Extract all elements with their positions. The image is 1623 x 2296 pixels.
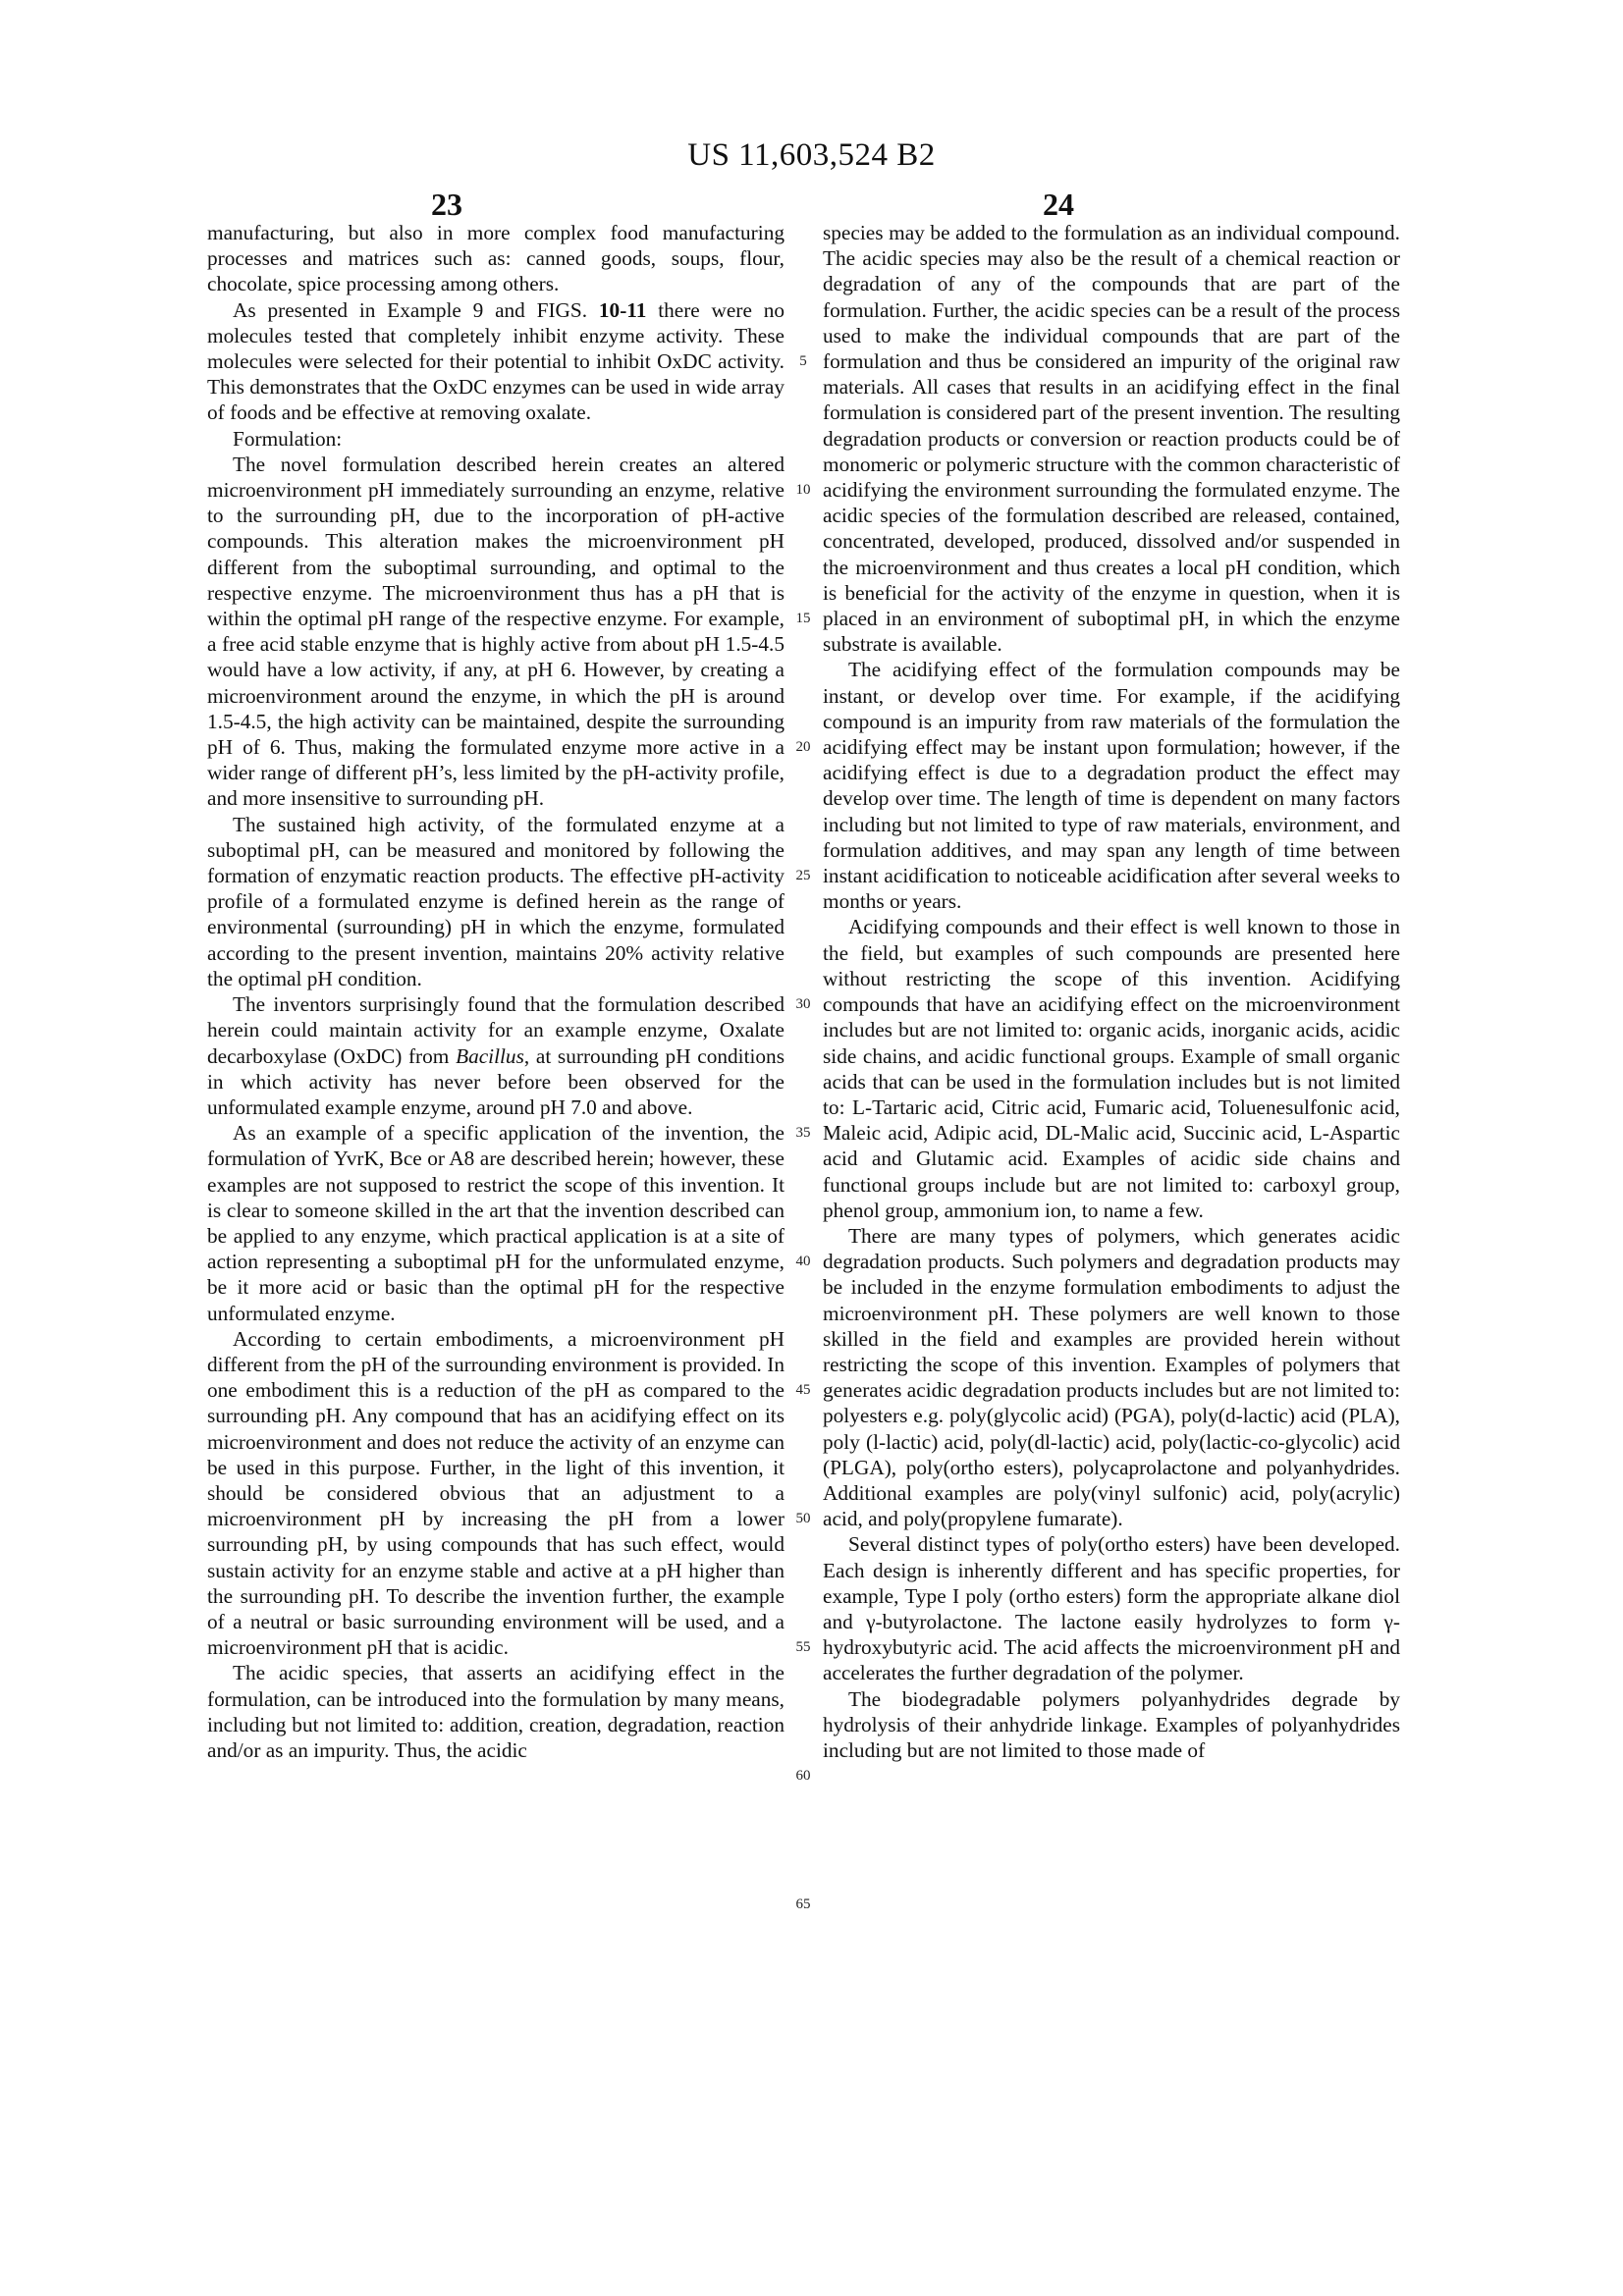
paragraph: As presented in Example 9 and FIGS. 10-1… xyxy=(207,297,784,426)
line-number: 30 xyxy=(785,991,821,1017)
line-number: 65 xyxy=(785,1892,821,1917)
column-number-left: 23 xyxy=(388,187,506,223)
line-number: 45 xyxy=(785,1377,821,1403)
right-text-column: species may be added to the formulation … xyxy=(823,220,1400,1763)
line-number: 5 xyxy=(785,348,821,374)
paragraph: The acidic species, that asserts an acid… xyxy=(207,1660,784,1763)
paragraph: The sustained high activity, of the form… xyxy=(207,812,784,991)
paragraph: The biodegradable polymers polyanhydride… xyxy=(823,1686,1400,1764)
paragraph: Several distinct types of poly(ortho est… xyxy=(823,1531,1400,1685)
line-number: 55 xyxy=(785,1634,821,1660)
paragraph: As an example of a specific application … xyxy=(207,1120,784,1326)
paragraph: There are many types of polymers, which … xyxy=(823,1223,1400,1531)
line-number: 15 xyxy=(785,606,821,631)
paragraph: The acidifying effect of the formulation… xyxy=(823,657,1400,914)
species-name: Bacillus xyxy=(456,1044,524,1068)
left-text-column: manufacturing, but also in more complex … xyxy=(207,220,784,1763)
column-number-right: 24 xyxy=(1000,187,1117,223)
patent-number: US 11,603,524 B2 xyxy=(0,137,1623,174)
paragraph: species may be added to the formulation … xyxy=(823,220,1400,657)
paragraph: manufacturing, but also in more complex … xyxy=(207,220,784,297)
paragraph: Acidifying compounds and their effect is… xyxy=(823,914,1400,1222)
line-number: 60 xyxy=(785,1763,821,1789)
line-number: 25 xyxy=(785,863,821,888)
line-number: 35 xyxy=(785,1120,821,1146)
line-number: 50 xyxy=(785,1506,821,1531)
paragraph: The novel formulation described herein c… xyxy=(207,452,784,812)
section-heading: Formulation: xyxy=(207,426,784,452)
line-number: 20 xyxy=(785,734,821,760)
paragraph: According to certain embodiments, a micr… xyxy=(207,1326,784,1661)
paragraph: The inventors surprisingly found that th… xyxy=(207,991,784,1120)
figure-reference: 10-11 xyxy=(599,298,647,322)
line-number: 10 xyxy=(785,477,821,503)
line-number: 40 xyxy=(785,1249,821,1274)
